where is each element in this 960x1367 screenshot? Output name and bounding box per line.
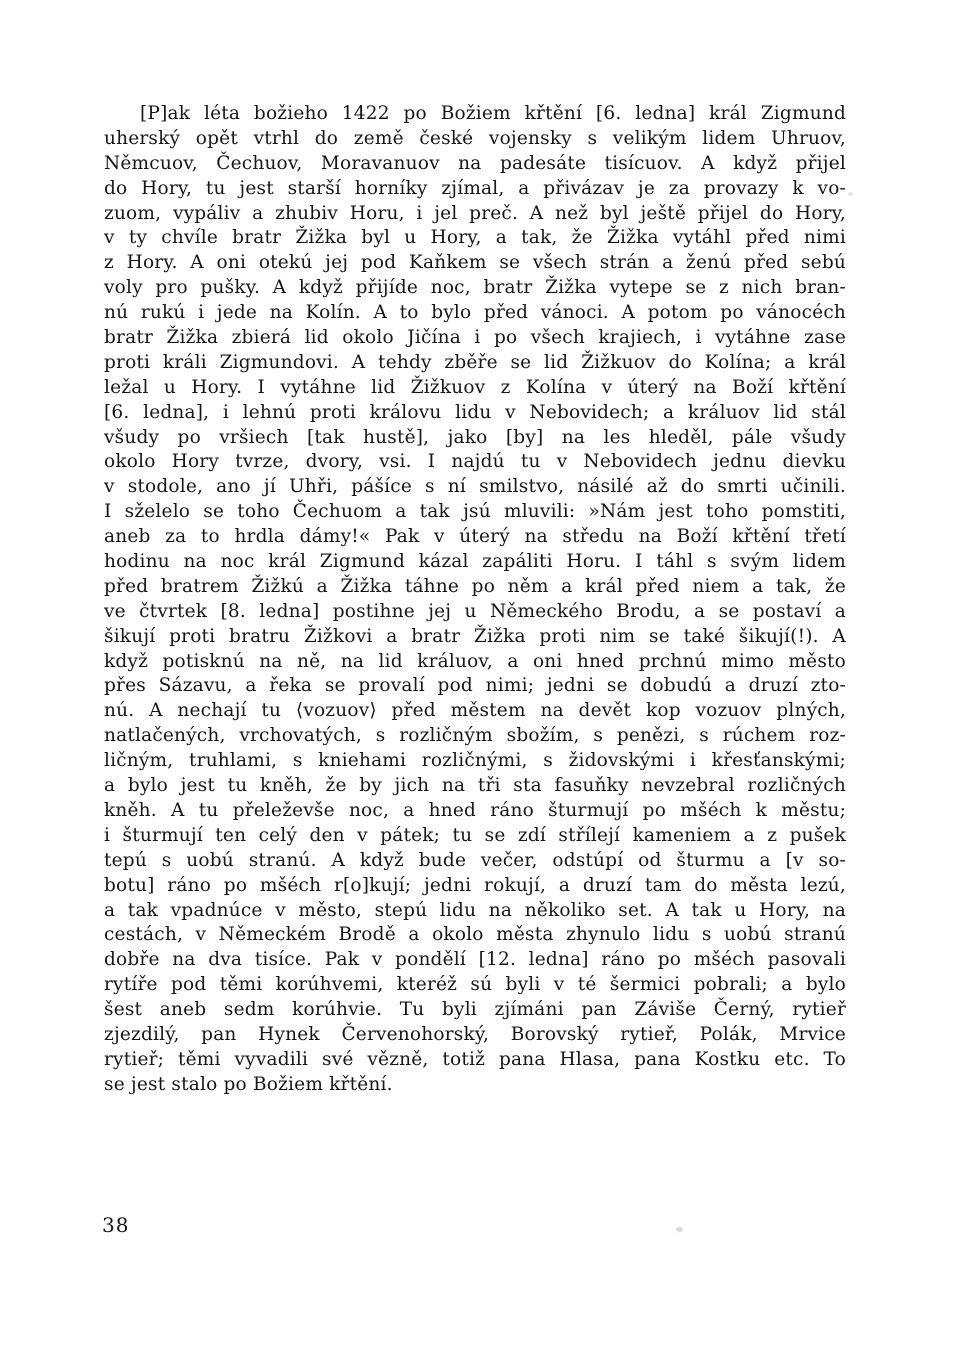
text-line: proti králi Zigmundovi. A tehdy zběře se… (104, 351, 846, 376)
text-line: botu] ráno po mšéch r[o]kují; jedni roku… (104, 874, 846, 899)
text-line: do Hory, tu jest starší horníky zjímal, … (104, 177, 846, 202)
text-line: rytíře pod těmi korúhvemi, kteréž sú byl… (104, 973, 846, 998)
text-line: všudy po vršiech [tak hustě], jako [by] … (104, 426, 846, 451)
text-line: Němcuov, Čechuov, Moravanuov na padesáte… (104, 152, 846, 177)
text-line: tepú s uobú stranú. A když bude večer, o… (104, 849, 846, 874)
text-line: a bylo jest tu kněh, že by jich na tři s… (104, 774, 846, 799)
text-line: cestách, v Německém Brodě a okolo města … (104, 923, 846, 948)
paragraph: [P]ak léta božieho 1422 po Božiem křtění… (104, 102, 846, 1098)
text-line: v ty chvíle bratr Žižka byl u Hory, a ta… (104, 226, 846, 251)
text-line: [P]ak léta božieho 1422 po Božiem křtění… (104, 102, 846, 127)
scan-artifact (848, 192, 853, 196)
text-line: šikují proti bratru Žižkovi a bratr Žižk… (104, 625, 846, 650)
text-line: uherský opět vtrhl do země české vojensk… (104, 127, 846, 152)
text-line: a tak vpadnúce v město, stepú lidu na ně… (104, 899, 846, 924)
text-line: zjezdilý, pan Hynek Červenohorský, Borov… (104, 1023, 846, 1048)
text-line: přes Sázavu, a řeka se provalí pod nimi;… (104, 674, 846, 699)
text-line: nú rukú i jede na Kolín. A to bylo před … (104, 301, 846, 326)
text-line: bratr Žižka zbierá lid okolo Jičína i po… (104, 326, 846, 351)
text-line: šest aneb sedm korúhvie. Tu byli zjímáni… (104, 998, 846, 1023)
text-line: zuom, vypáliv a zhubiv Horu, i jel preč.… (104, 202, 846, 227)
text-line: natlačených, vrchovatých, s rozličným sb… (104, 724, 846, 749)
text-line: [6. ledna], i lehnú proti královu lidu v… (104, 401, 846, 426)
text-line: před bratrem Žižkú a Žižka táhne po něm … (104, 575, 846, 600)
text-line: dobře na dva tisíce. Pak v pondělí [12. … (104, 948, 846, 973)
scan-artifact (676, 1227, 683, 1232)
text-line: z Hory. A oni otekú jej pod Kaňkem se vš… (104, 251, 846, 276)
page-number: 38 (102, 1212, 129, 1238)
text-line: kněh. A tu přeleževše noc, a hned ráno š… (104, 799, 846, 824)
book-page: [P]ak léta božieho 1422 po Božiem křtění… (0, 0, 960, 1367)
text-line: I sželelo se toho Čechuom a tak jsú mluv… (104, 500, 846, 525)
text-line: voly pro pušky. A když přijíde noc, brat… (104, 276, 846, 301)
text-line: rytieř; těmi vyvadili své vězně, totiž p… (104, 1048, 846, 1073)
text-line: v stodole, ano jí Uhři, pášíce s ní smil… (104, 475, 846, 500)
text-line: ličným, truhlami, s kniehami rozličnými,… (104, 749, 846, 774)
text-line: hodinu na noc král Zigmund kázal zapálit… (104, 550, 846, 575)
text-line: i šturmují ten celý den v pátek; tu se z… (104, 824, 846, 849)
text-line: ležal u Hory. I vytáhne lid Žižkuov z Ko… (104, 376, 846, 401)
text-line: ve čtvrtek [8. ledna] postihne jej u Něm… (104, 600, 846, 625)
text-line: když potisknú na ně, na lid králuov, a o… (104, 650, 846, 675)
text-line: aneb za to hrdla dámy!« Pak v úterý na s… (104, 525, 846, 550)
text-line: se jest stalo po Božiem křtění. (104, 1073, 846, 1098)
text-line: nú. A nechají tu ⟨vozuov⟩ před městem na… (104, 699, 846, 724)
text-line: okolo Hory tvrze, dvory, vsi. I najdú tu… (104, 450, 846, 475)
